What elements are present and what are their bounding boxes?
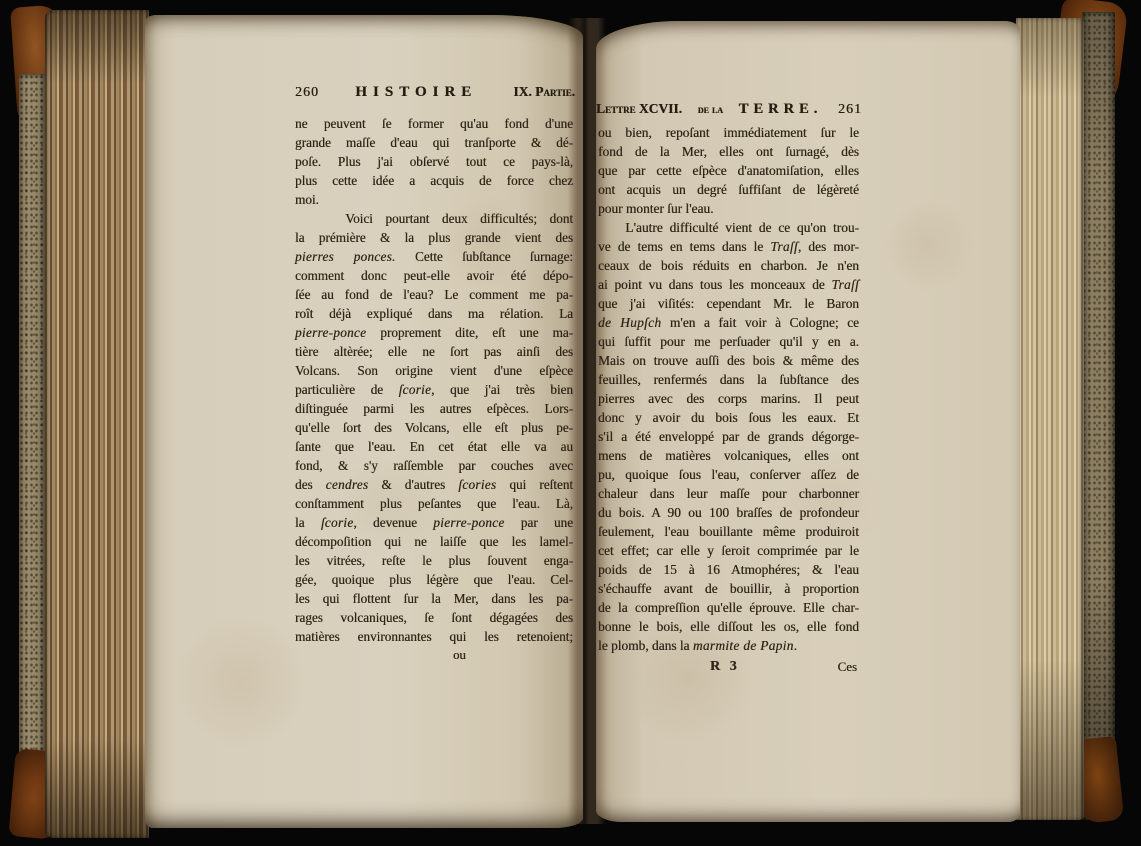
left-running-title: HISTOIRE <box>355 84 477 101</box>
right-running-title2: TERRE. <box>739 101 823 118</box>
text-line: les qui flottent ſur la Mer, dans les pa… <box>295 589 573 608</box>
page-fore-edge-left <box>45 10 149 838</box>
right-page-text: ou bien, repoſant immédiatement ſur lefo… <box>598 123 859 655</box>
right-running-header: Lettre XCVII. de la TERRE. 261 <box>596 101 862 118</box>
text-line: de la compreſſion qu'elle éprouve. Elle … <box>598 598 859 617</box>
text-line: pierre-ponce proprement dite, eſt une ma… <box>295 323 573 342</box>
text-line: pierres ponces. Cette ſubſtance ſurnage: <box>295 247 573 266</box>
text-line: ſée au fond de l'eau? Le comment me pa- <box>295 285 573 304</box>
text-line: roît déjà expliqué dans ma rélation. La <box>295 304 573 323</box>
text-line: ſeulement, l'eau bouillante même produir… <box>598 522 859 541</box>
text-line: matières environnantes qui les retenoien… <box>295 627 573 646</box>
right-page-number: 261 <box>838 102 862 118</box>
text-line: rages volcaniques, ſe ſont dégagées des <box>295 608 573 627</box>
text-line: Voici pourtant deux difficultés; dont <box>295 209 573 228</box>
text-line: poids de 15 à 16 Atmophéres; & l'eau <box>598 560 859 579</box>
text-line: qu'elle ſort des Volcans, elle eſt plus … <box>295 418 573 437</box>
text-line: poſe. Plus j'ai obſervé tout ce pays-là, <box>295 152 573 171</box>
signature-mark: R 3 <box>710 659 740 675</box>
text-line: grande maſſe d'eau qui tranſporte & dé- <box>295 133 573 152</box>
catchword: ou <box>453 648 466 662</box>
text-line: la ſcorie, devenue pierre-ponce par une <box>295 513 573 532</box>
cover-board-edge-right <box>1082 12 1115 820</box>
left-page-number: 260 <box>295 85 319 101</box>
text-line: bonne le bois, elle diſſout les os, elle… <box>598 617 859 636</box>
text-line: mens de matières volcaniques, elles ont <box>598 446 859 465</box>
text-line: fond, & s'y raſſemble par couches avec <box>295 456 573 475</box>
text-line: chaleur dans leur maſſe pour charbonner <box>598 484 859 503</box>
text-line: ai point vu dans tous les monceaux de Tr… <box>598 275 859 294</box>
text-line: cet effet; car elle y ſeroit comprimée p… <box>598 541 859 560</box>
text-line: les vitrées, reſte le plus ſouvent enga- <box>295 551 573 570</box>
text-line: la prémière & la plus grande vient des <box>295 228 573 247</box>
text-line: du bois. A 90 ou 100 braſſes de profonde… <box>598 503 859 522</box>
text-line: conſtamment plus peſantes que l'eau. Là, <box>295 494 573 513</box>
text-line: donc y avoir du bois ſous les eaux. Et <box>598 408 859 427</box>
text-line: décompoſition qui ne laiſſe que les lame… <box>295 532 573 551</box>
left-running-part: IX. Partie. <box>513 84 575 100</box>
text-line: pu, quoique ſous l'eau, conſerver aſſez … <box>598 465 859 484</box>
text-line: L'autre difficulté vient de ce qu'on tro… <box>598 218 859 237</box>
text-line: moi. <box>295 190 573 209</box>
text-line: tière altèrée; elle ne ſort pas ainſi de… <box>295 342 573 361</box>
text-line: gée, quoique plus légère que l'eau. Cel- <box>295 570 573 589</box>
right-running-title: Lettre XCVII. <box>596 101 682 117</box>
cover-board-edge-left <box>19 74 47 758</box>
left-running-header: 260 HISTOIRE IX. Partie. <box>295 84 575 101</box>
right-running-mid: de la <box>698 102 723 117</box>
text-line: que j'ai viſités: cependant Mr. le Baron <box>598 294 859 313</box>
left-catchword-row: ou <box>295 648 573 663</box>
text-line: de Hupſch m'en a fait voir à Cologne; ce <box>598 313 859 332</box>
text-line: pour monter ſur l'eau. <box>598 199 859 218</box>
text-line: s'il a été enveloppé par de grands dégor… <box>598 427 859 446</box>
left-page-text: ne peuvent ſe former qu'au fond d'unegra… <box>295 114 573 646</box>
text-line: des cendres & d'autres ſcories qui reſte… <box>295 475 573 494</box>
text-line: ve de tems en tems dans le Traſſ, des mo… <box>598 237 859 256</box>
text-line: ſante que l'eau. En cet état elle va au <box>295 437 573 456</box>
text-line: ou bien, repoſant immédiatement ſur le <box>598 123 859 142</box>
text-line: s'échauffe avant de bouillir, à proporti… <box>598 579 859 598</box>
page-fore-edge-right <box>1016 18 1084 820</box>
text-line: Mais on trouve auſſi des bois & même des <box>598 351 859 370</box>
text-line: qui ſuffit pour me perſuader qu'il y en … <box>598 332 859 351</box>
text-line: pierres avec des corps marins. Il peut <box>598 389 859 408</box>
text-line: diſtinguée parmi les autres eſpèces. Lor… <box>295 399 573 418</box>
catchword: Ces <box>838 659 858 675</box>
text-line: particulière de ſcorie, que j'ai très bi… <box>295 380 573 399</box>
book-photograph: 260 HISTOIRE IX. Partie. ne peuvent ſe f… <box>0 0 1141 846</box>
text-line: comment donc peut-elle avoir été dépo- <box>295 266 573 285</box>
text-line: ont acquis un degré ſuffiſant de légèret… <box>598 180 859 199</box>
text-line: fond de la Mer, elles ont ſurnagé, dès <box>598 142 859 161</box>
text-line: ne peuvent ſe former qu'au fond d'une <box>295 114 573 133</box>
text-line: feuilles, renfermés dans la ſubſtance de… <box>598 370 859 389</box>
right-signature-row: R 3 Ces <box>598 659 859 679</box>
text-line: le plomb, dans la marmite de Papin. <box>598 636 859 655</box>
text-line: Volcans. Son origine vient d'une eſpèce <box>295 361 573 380</box>
text-line: que par cette eſpèce d'anatomiſation, el… <box>598 161 859 180</box>
text-line: plus cette idée a acquis de force chez <box>295 171 573 190</box>
text-line: ceaux de bois réduits en charbon. Je n'e… <box>598 256 859 275</box>
